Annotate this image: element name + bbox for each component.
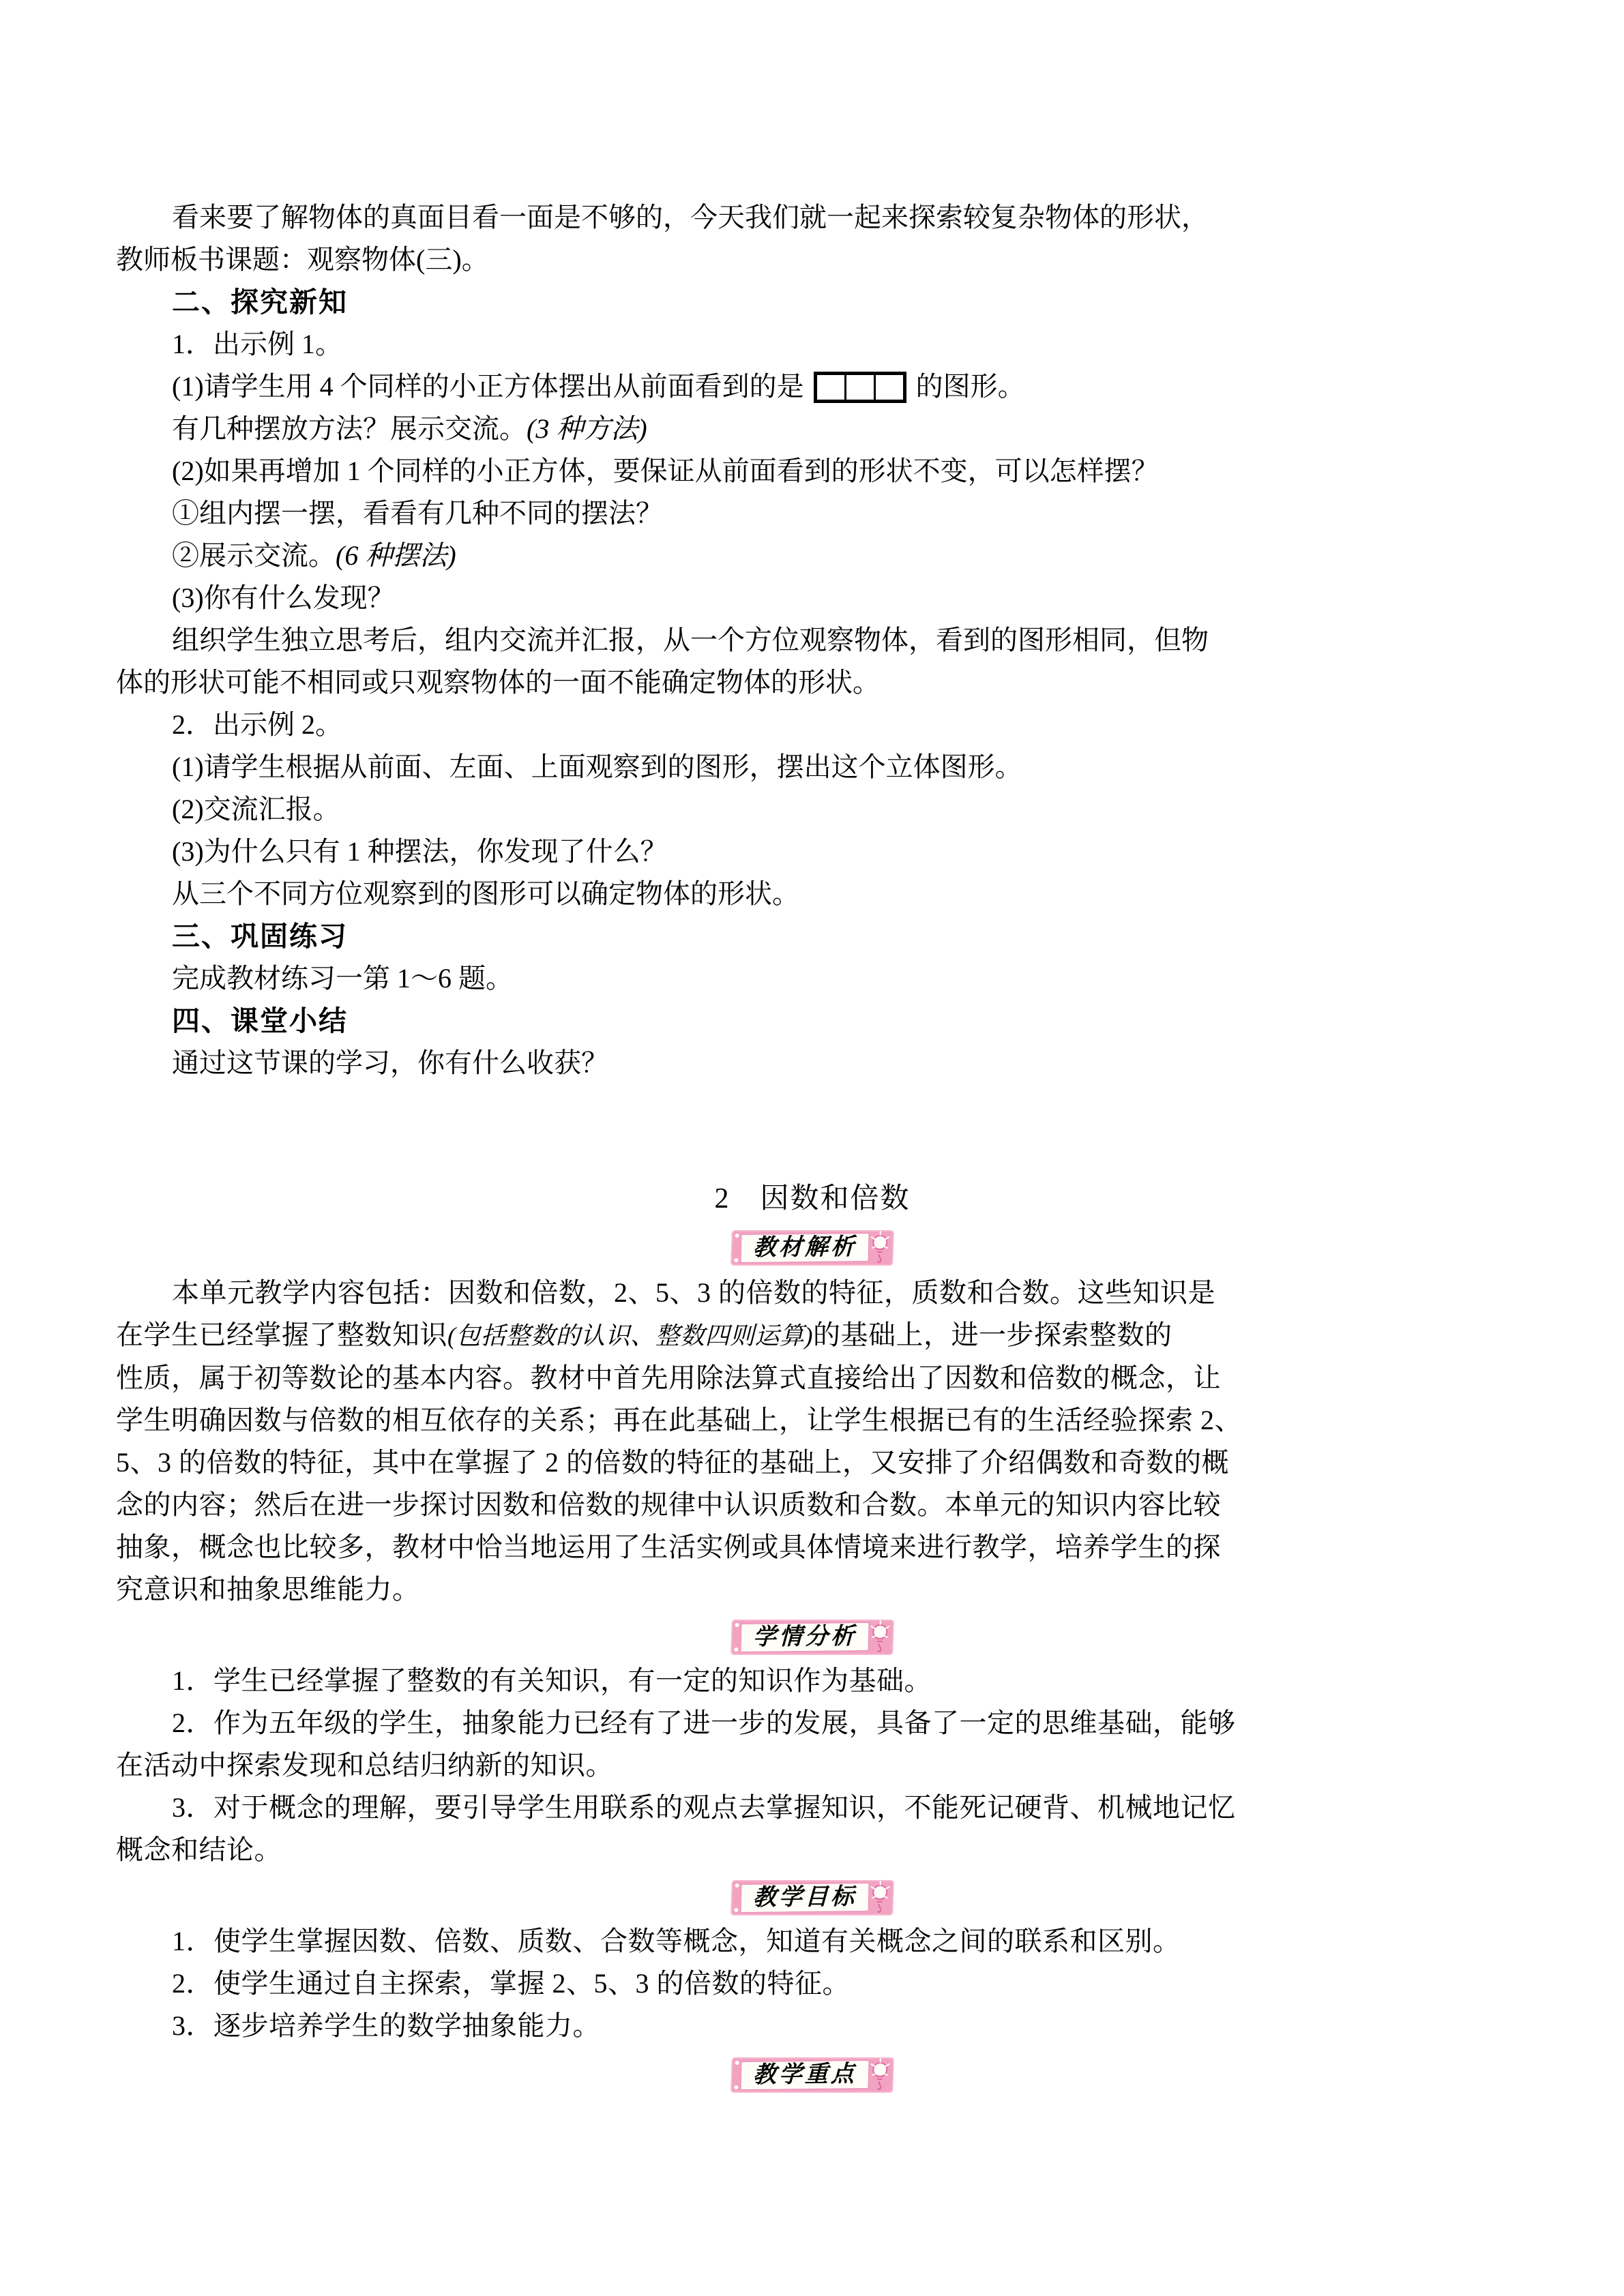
badge-label: 教学重点 [753,2063,857,2087]
lightbulb-icon [867,1620,893,1655]
paragraph-line: 从三个不同方位观察到的图形可以确定物体的形状。 [116,873,1509,915]
list-item: 有几种摆放方法？展示交流。(3 种方法) [116,408,1509,450]
paragraph-line: 本单元教学内容包括：因数和倍数，2、5、3 的倍数的特征，质数和合数。这些知识是 [116,1272,1509,1314]
paragraph-line: 完成教材练习一第 1～6 题。 [116,957,1509,1000]
paragraph-line: 组织学生独立思考后，组内交流并汇报，从一个方位观察物体，看到的图形相同，但物 [116,619,1509,661]
badge-row: 教材解析 [116,1224,1509,1266]
numbered-item: 3．逐步培养学生的数学抽象能力。 [116,2005,1509,2047]
badge-label: 教学目标 [753,1885,857,1910]
numbered-item: 1．使学生掌握因数、倍数、质数、合数等概念，知道有关概念之间的联系和区别。 [116,1920,1509,1963]
list-item: ①组内摆一摆，看看有几种不同的摆法？ [116,492,1509,535]
paragraph-line: 看来要了解物体的真面目看一面是不够的，今天我们就一起来探索较复杂物体的形状， [116,196,1509,239]
document-body: 看来要了解物体的真面目看一面是不够的，今天我们就一起来探索较复杂物体的形状， 教… [116,196,1509,2093]
list-item: ②展示交流。(6 种摆法) [116,535,1509,577]
line-text: 的图形。 [916,371,1025,402]
square-cell [844,375,874,400]
badge-panel: 学情分析 [740,1622,869,1652]
badge-jiaoxue-zhongdian: 教学重点 [730,2057,894,2093]
list-item: (2)如果再增加 1 个同样的小正方体，要保证从前面看到的形状不变，可以怎样摆？ [116,450,1509,492]
list-item: (3)为什么只有 1 种摆法，你发现了什么？ [116,831,1509,873]
badge-panel: 教学目标 [740,1883,869,1913]
paragraph-line: 在学生已经掌握了整数知识(包括整数的认识、整数四则运算)的基础上，进一步探索整数… [116,1314,1509,1357]
numbered-item: 2．使学生通过自主探索，掌握 2、5、3 的倍数的特征。 [116,1963,1509,2005]
list-item: (3)你有什么发现？ [116,577,1509,619]
badge-xueqing-fenxi: 学情分析 [730,1620,894,1655]
paragraph-line: 通过这节课的学习，你有什么收获？ [116,1042,1509,1084]
paragraph-line: 性质，属于初等数论的基本内容。教材中首先用除法算式直接给出了因数和倍数的概念，让 [116,1357,1509,1399]
line-text: (1)请学生用 4 个同样的小正方体摆出从前面看到的是 [172,371,804,402]
numbered-item: 3．对于概念的理解，要引导学生用联系的观点去掌握知识，不能死记硬背、机械地记忆 [116,1787,1509,1829]
paragraph-line: 概念和结论。 [116,1829,1509,1871]
list-item: 1．出示例 1。 [116,323,1509,366]
paragraph-line: 在活动中探索发现和总结归纳新的知识。 [116,1744,1509,1787]
answer-note: (3 种方法) [527,413,647,444]
badge-row: 学情分析 [116,1613,1509,1656]
line-text: 在学生已经掌握了整数知识 [116,1320,447,1350]
badge-panel: 教材解析 [740,1233,869,1263]
paragraph-line: 体的形状可能不相同或只观察物体的一面不能确定物体的形状。 [116,661,1509,704]
line-text: 的基础上，进一步探索整数的 [813,1320,1172,1350]
paragraph-line: 究意识和抽象思维能力。 [116,1568,1509,1611]
badge-panel: 教学重点 [740,2060,869,2090]
paragraph-line: 5、3 的倍数的特征，其中在掌握了 2 的倍数的特征的基础上，又安排了介绍偶数和… [116,1442,1509,1484]
lightbulb-icon [867,1230,893,1266]
paragraph-line: 学生明确因数与倍数的相互依存的关系；再在此基础上，让学生根据已有的生活经验探索 … [116,1399,1509,1442]
badge-row: 教学重点 [116,2051,1509,2093]
line-text: ②展示交流。 [172,540,336,571]
paragraph-line: 念的内容；然后在进一步探讨因数和倍数的规律中认识质数和合数。本单元的知识内容比较 [116,1484,1509,1526]
lightbulb-icon [867,1880,893,1915]
lightbulb-icon [867,2057,893,2093]
section-heading-summary: 四、课堂小结 [116,1000,1509,1042]
unit-title: 2 因数和倍数 [116,1178,1509,1220]
paragraph-line: 教师板书课题：观察物体(三)。 [116,239,1509,281]
badge-jiaoxue-mubiao: 教学目标 [730,1880,894,1915]
inline-note: (包括整数的认识、整数四则运算) [447,1322,813,1350]
three-squares-figure [814,372,906,403]
numbered-item: 1．学生已经掌握了整数的有关知识，有一定的知识作为基础。 [116,1660,1509,1702]
section-heading-practice: 三、巩固练习 [116,915,1509,957]
section-gap [116,1084,1509,1178]
badge-row: 教学目标 [116,1874,1509,1916]
list-item-with-figure: (1)请学生用 4 个同样的小正方体摆出从前面看到的是的图形。 [116,366,1509,408]
square-cell [817,375,844,400]
list-item: (2)交流汇报。 [116,788,1509,831]
list-item: 2．出示例 2。 [116,704,1509,746]
numbered-item: 2．作为五年级的学生，抽象能力已经有了进一步的发展，具备了一定的思维基础，能够 [116,1702,1509,1744]
section-heading-explore: 二、探究新知 [116,281,1509,323]
square-cell [874,375,903,400]
answer-note: (6 种摆法) [336,540,456,571]
line-text: 有几种摆放方法？展示交流。 [172,413,527,444]
badge-label: 教材解析 [753,1236,857,1260]
badge-jiaocai-jiexi: 教材解析 [730,1230,894,1266]
badge-label: 学情分析 [753,1625,857,1650]
list-item: (1)请学生根据从前面、左面、上面观察到的图形，摆出这个立体图形。 [116,746,1509,788]
lesson-plan-page: 看来要了解物体的真面目看一面是不够的，今天我们就一起来探索较复杂物体的形状， 教… [0,0,1624,2296]
paragraph-line: 抽象，概念也比较多，教材中恰当地运用了生活实例或具体情境来进行教学，培养学生的探 [116,1526,1509,1568]
